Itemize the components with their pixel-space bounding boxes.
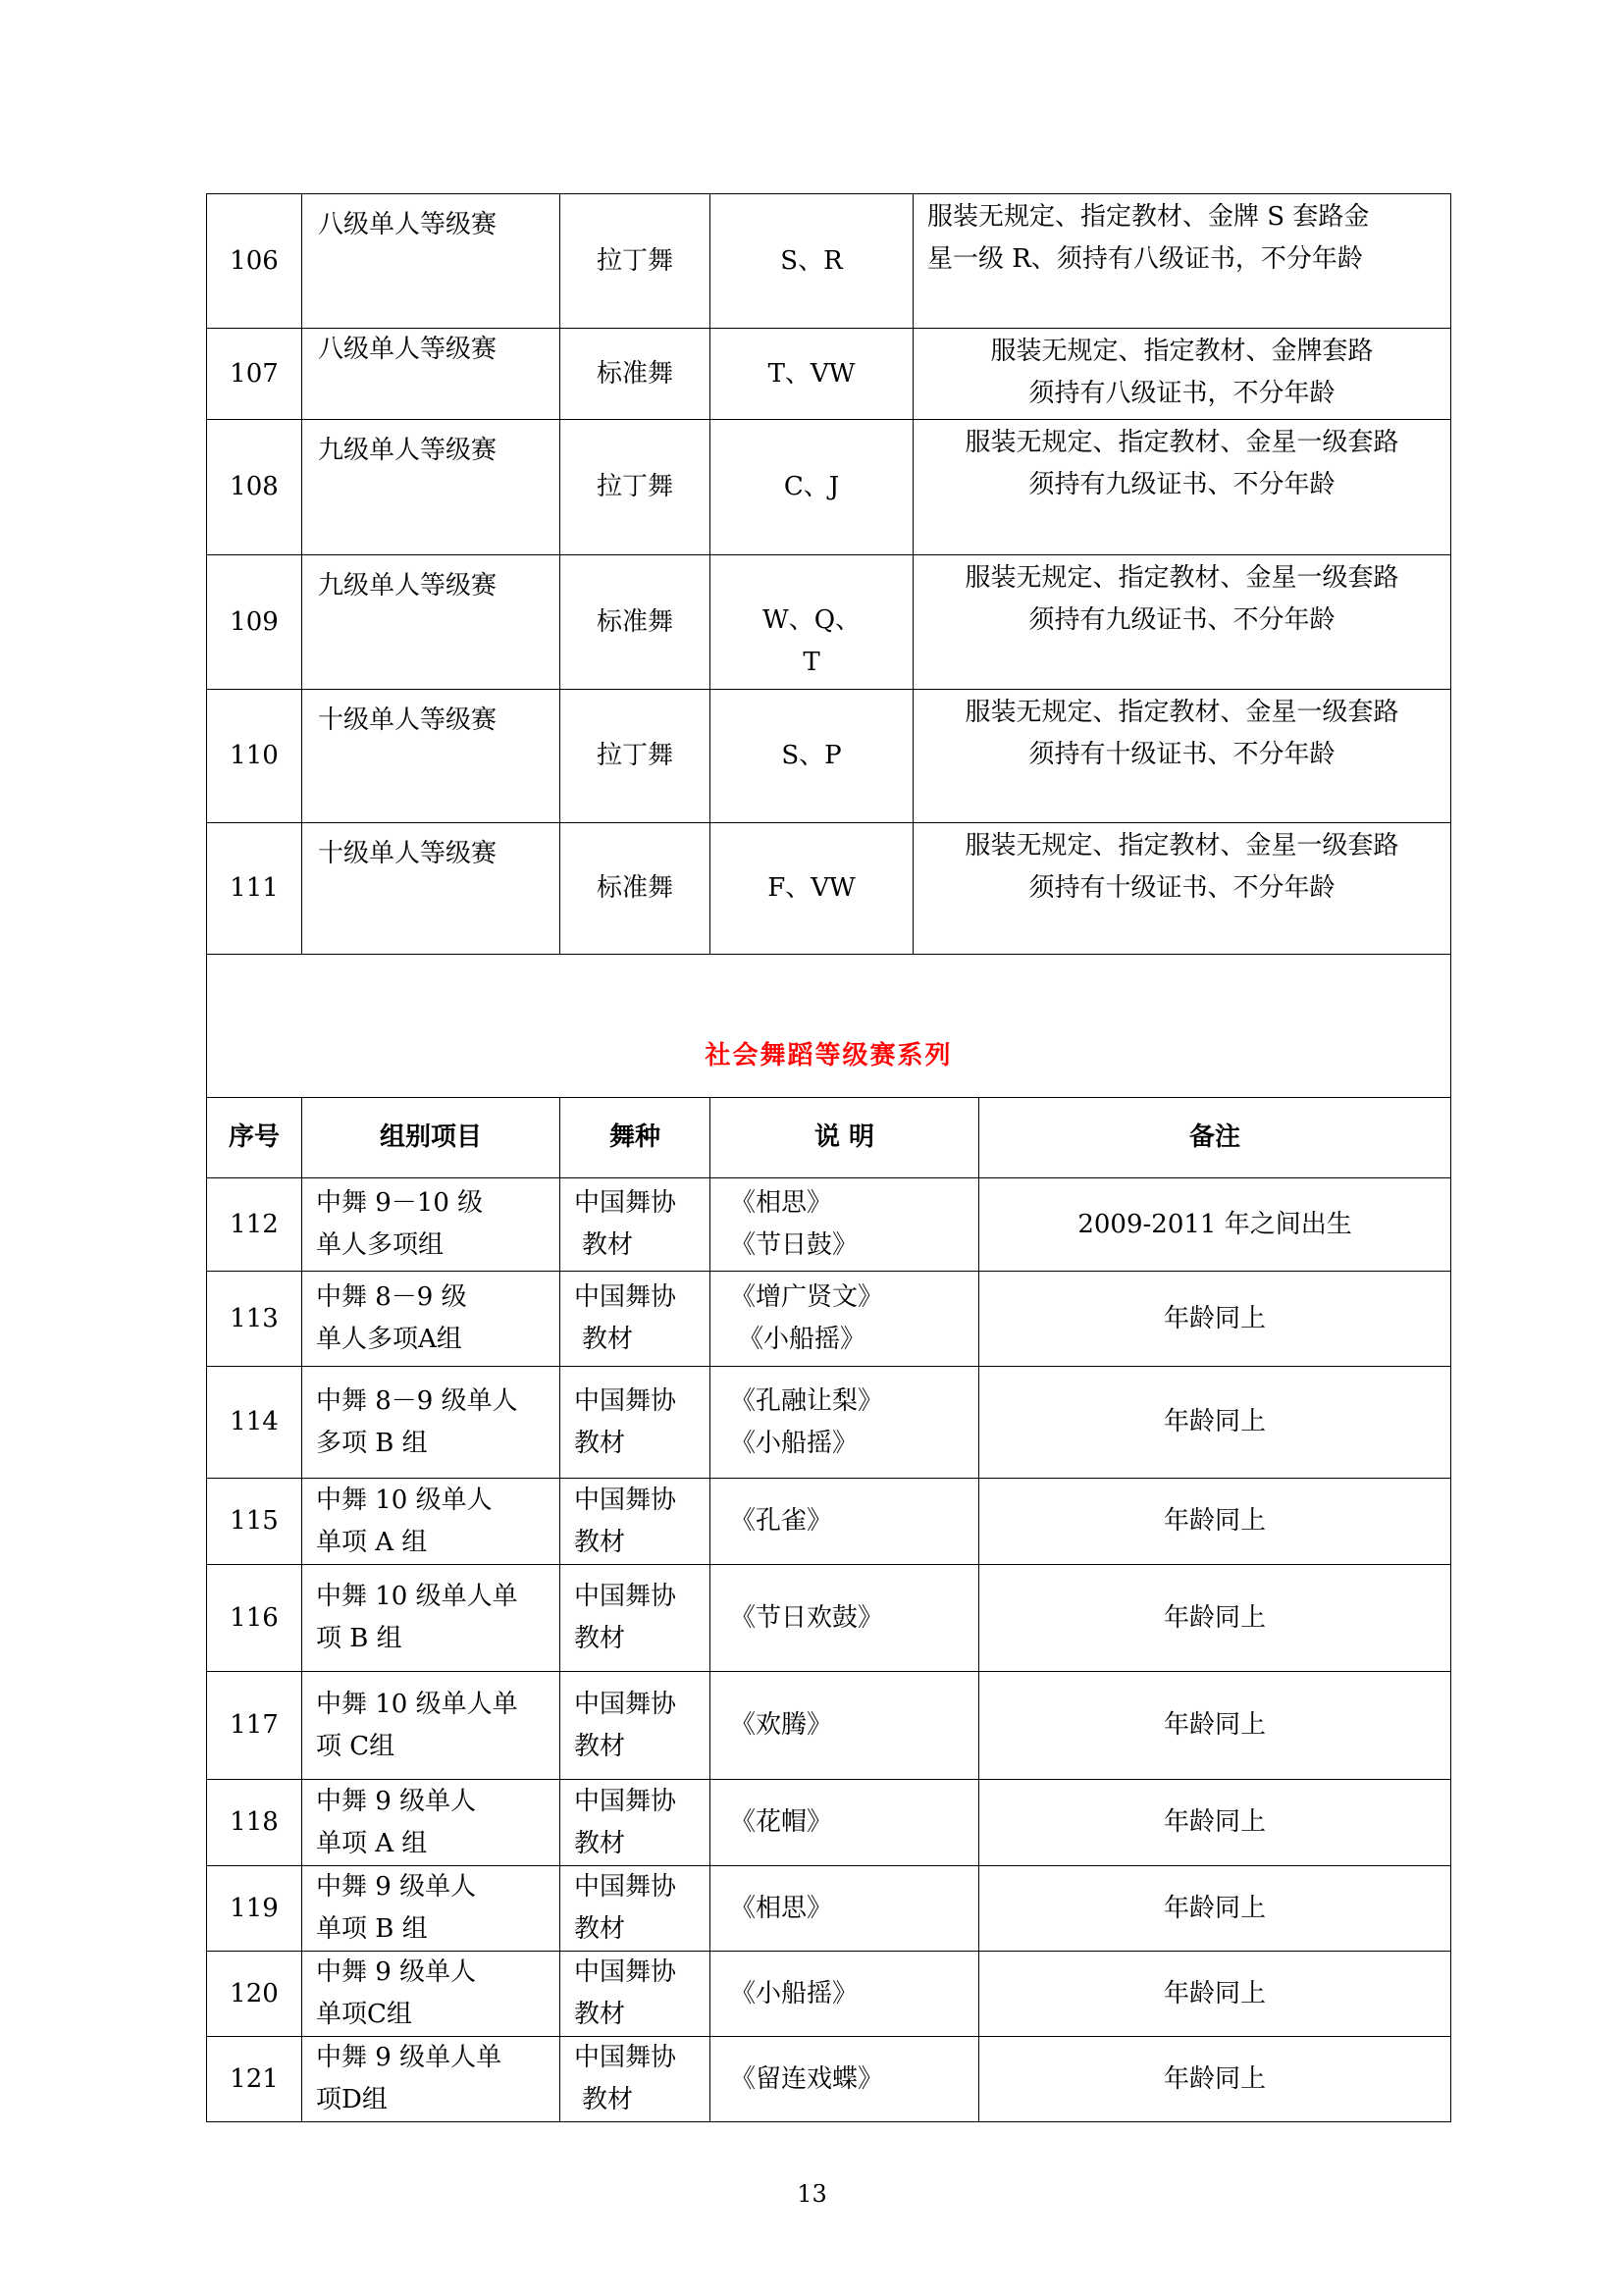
header-number: 序号 (207, 1098, 302, 1178)
page-number: 13 (0, 2180, 1624, 2208)
header-remark: 备注 (979, 1098, 1451, 1178)
row-number: 107 (207, 329, 302, 420)
row-number: 119 (207, 1866, 302, 1952)
row-number: 118 (207, 1780, 302, 1866)
competition-table-social-dance: 社会舞蹈等级赛系列 序号 组别项目 舞种 说 明 备注 112 中舞 9－10 … (206, 954, 1451, 2122)
remark: 年龄同上 (979, 1866, 1451, 1952)
table-row: 107 八级单人等级赛 标准舞 T、VW 服装无规定、指定教材、金牌套路 须持有… (207, 329, 1451, 420)
table-row: 121 中舞 9 级单人单项D组 中国舞协教材 《留连戏蝶》 年龄同上 (207, 2037, 1451, 2122)
remark: 年龄同上 (979, 1672, 1451, 1780)
table-row: 112 中舞 9－10 级单人多项组 中国舞协教材 《相思》《节日鼓》 2009… (207, 1178, 1451, 1272)
group-name: 八级单人等级赛 (302, 329, 560, 420)
table-row: 120 中舞 9 级单人单项C组 中国舞协教材 《小船摇》 年龄同上 (207, 1952, 1451, 2037)
description: 《留连戏蝶》 (710, 2037, 979, 2122)
group-name: 九级单人等级赛 (302, 420, 560, 555)
remark: 年龄同上 (979, 1565, 1451, 1672)
row-number: 106 (207, 194, 302, 329)
dance-type: 拉丁舞 (560, 194, 710, 329)
group-name: 中舞 9 级单人单项 B 组 (302, 1866, 560, 1952)
section-title: 社会舞蹈等级赛系列 (207, 955, 1451, 1098)
row-number: 110 (207, 690, 302, 823)
row-number: 115 (207, 1479, 302, 1565)
remark: 年龄同上 (979, 1272, 1451, 1367)
group-name: 八级单人等级赛 (302, 194, 560, 329)
remark: 服装无规定、指定教材、金星一级套路 须持有九级证书、不分年龄 (914, 555, 1451, 690)
row-number: 113 (207, 1272, 302, 1367)
group-name: 十级单人等级赛 (302, 823, 560, 955)
description: 《相思》《节日鼓》 (710, 1178, 979, 1272)
group-name: 中舞 8－9 级单人多项 B 组 (302, 1367, 560, 1479)
dance-codes: S、R (710, 194, 914, 329)
dance-type: 标准舞 (560, 555, 710, 690)
dance-codes: F、VW (710, 823, 914, 955)
remark: 服装无规定、指定教材、金牌套路 须持有八级证书，不分年龄 (914, 329, 1451, 420)
dance-codes: C、J (710, 420, 914, 555)
remark: 年龄同上 (979, 1780, 1451, 1866)
group-name: 中舞 9 级单人单项D组 (302, 2037, 560, 2122)
group-name: 中舞 10 级单人单项 C组 (302, 1672, 560, 1780)
table-row: 115 中舞 10 级单人单项 A 组 中国舞协教材 《孔雀》 年龄同上 (207, 1479, 1451, 1565)
competition-table-top: 106 八级单人等级赛 拉丁舞 S、R 服装无规定、指定教材、金牌 S 套路金 … (206, 193, 1451, 955)
row-number: 117 (207, 1672, 302, 1780)
table-row: 118 中舞 9 级单人单项 A 组 中国舞协教材 《花帽》 年龄同上 (207, 1780, 1451, 1866)
group-name: 十级单人等级赛 (302, 690, 560, 823)
group-name: 中舞 8－9 级单人多项A组 (302, 1272, 560, 1367)
dance-type: 中国舞协教材 (560, 1178, 710, 1272)
remark: 2009-2011 年之间出生 (979, 1178, 1451, 1272)
group-name: 九级单人等级赛 (302, 555, 560, 690)
row-number: 114 (207, 1367, 302, 1479)
table-row: 111 十级单人等级赛 标准舞 F、VW 服装无规定、指定教材、金星一级套路 须… (207, 823, 1451, 955)
dance-type: 中国舞协教材 (560, 1952, 710, 2037)
row-number: 111 (207, 823, 302, 955)
description: 《欢腾》 (710, 1672, 979, 1780)
dance-type: 中国舞协教材 (560, 1672, 710, 1780)
remark: 服装无规定、指定教材、金星一级套路 须持有九级证书、不分年龄 (914, 420, 1451, 555)
description: 《花帽》 (710, 1780, 979, 1866)
description: 《增广贤文》《小船摇》 (710, 1272, 979, 1367)
table-row: 113 中舞 8－9 级单人多项A组 中国舞协教材 《增广贤文》《小船摇》 年龄… (207, 1272, 1451, 1367)
description: 《相思》 (710, 1866, 979, 1952)
description: 《节日欢鼓》 (710, 1565, 979, 1672)
table-header-row: 序号 组别项目 舞种 说 明 备注 (207, 1098, 1451, 1178)
table-row: 110 十级单人等级赛 拉丁舞 S、P 服装无规定、指定教材、金星一级套路 须持… (207, 690, 1451, 823)
table-row: 119 中舞 9 级单人单项 B 组 中国舞协教材 《相思》 年龄同上 (207, 1866, 1451, 1952)
dance-codes: S、P (710, 690, 914, 823)
description: 《孔雀》 (710, 1479, 979, 1565)
table-row: 108 九级单人等级赛 拉丁舞 C、J 服装无规定、指定教材、金星一级套路 须持… (207, 420, 1451, 555)
dance-type: 中国舞协教材 (560, 1367, 710, 1479)
table-row: 117 中舞 10 级单人单项 C组 中国舞协教材 《欢腾》 年龄同上 (207, 1672, 1451, 1780)
row-number: 116 (207, 1565, 302, 1672)
remark: 服装无规定、指定教材、金星一级套路 须持有十级证书、不分年龄 (914, 690, 1451, 823)
dance-type: 中国舞协教材 (560, 1565, 710, 1672)
dance-type: 中国舞协教材 (560, 2037, 710, 2122)
remark: 年龄同上 (979, 1479, 1451, 1565)
remark: 服装无规定、指定教材、金牌 S 套路金 星一级 R、须持有八级证书，不分年龄 (914, 194, 1451, 329)
remark: 年龄同上 (979, 2037, 1451, 2122)
table-row: 109 九级单人等级赛 标准舞 W、Q、 T 服装无规定、指定教材、金星一级套路… (207, 555, 1451, 690)
header-group: 组别项目 (302, 1098, 560, 1178)
header-description: 说 明 (710, 1098, 979, 1178)
dance-type: 拉丁舞 (560, 420, 710, 555)
dance-type: 标准舞 (560, 329, 710, 420)
group-name: 中舞 9 级单人单项 A 组 (302, 1780, 560, 1866)
dance-type: 中国舞协教材 (560, 1780, 710, 1866)
dance-type: 拉丁舞 (560, 690, 710, 823)
group-name: 中舞 9 级单人单项C组 (302, 1952, 560, 2037)
remark: 服装无规定、指定教材、金星一级套路 须持有十级证书、不分年龄 (914, 823, 1451, 955)
dance-codes: W、Q、 T (710, 555, 914, 690)
table-row: 106 八级单人等级赛 拉丁舞 S、R 服装无规定、指定教材、金牌 S 套路金 … (207, 194, 1451, 329)
dance-type: 中国舞协教材 (560, 1479, 710, 1565)
description: 《孔融让梨》《小船摇》 (710, 1367, 979, 1479)
table-row: 114 中舞 8－9 级单人多项 B 组 中国舞协教材 《孔融让梨》《小船摇》 … (207, 1367, 1451, 1479)
table-row: 116 中舞 10 级单人单项 B 组 中国舞协教材 《节日欢鼓》 年龄同上 (207, 1565, 1451, 1672)
row-number: 120 (207, 1952, 302, 2037)
header-dance: 舞种 (560, 1098, 710, 1178)
row-number: 109 (207, 555, 302, 690)
dance-codes: T、VW (710, 329, 914, 420)
remark: 年龄同上 (979, 1952, 1451, 2037)
row-number: 121 (207, 2037, 302, 2122)
group-name: 中舞 10 级单人单项 A 组 (302, 1479, 560, 1565)
row-number: 108 (207, 420, 302, 555)
section-title-row: 社会舞蹈等级赛系列 (207, 955, 1451, 1098)
description: 《小船摇》 (710, 1952, 979, 2037)
remark: 年龄同上 (979, 1367, 1451, 1479)
group-name: 中舞 9－10 级单人多项组 (302, 1178, 560, 1272)
row-number: 112 (207, 1178, 302, 1272)
dance-type: 标准舞 (560, 823, 710, 955)
group-name: 中舞 10 级单人单项 B 组 (302, 1565, 560, 1672)
dance-type: 中国舞协教材 (560, 1866, 710, 1952)
dance-type: 中国舞协教材 (560, 1272, 710, 1367)
